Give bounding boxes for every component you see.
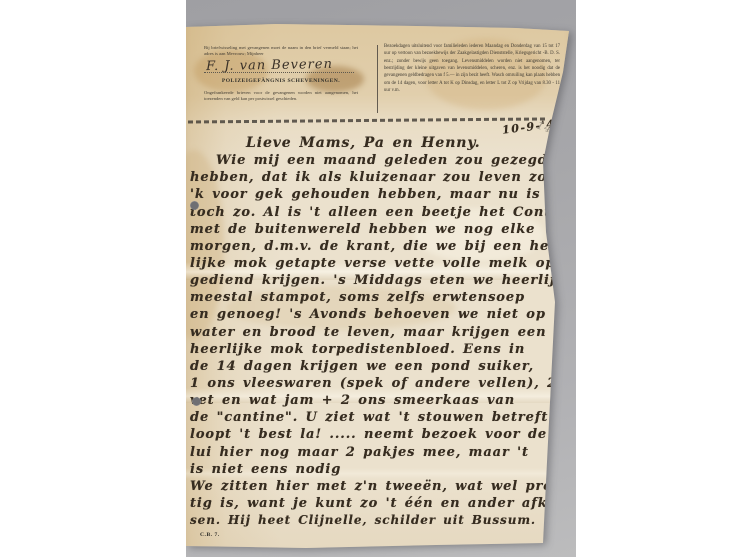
handwriting-line: toch zo. Al is 't alleen een beetje het … bbox=[188, 204, 562, 221]
punch-hole bbox=[190, 201, 199, 210]
handwriting-line: de 14 dagen krijgen we een pond suiker, bbox=[188, 358, 562, 375]
handwriting-line: morgen, d.m.v. de krant, die we bij een … bbox=[188, 238, 562, 255]
handwriting-line: loopt 't best la! ..... neemt bezoek voo… bbox=[188, 426, 562, 443]
letterhead-left-block: Bij briefwisseling met gevangenen moet d… bbox=[204, 45, 358, 102]
prison-name: POLIZEIGEFÄNGNIS SCHEVENINGEN. bbox=[204, 78, 358, 84]
handwriting-line: 1 ons vleeswaren (spek of andere vellen)… bbox=[188, 375, 562, 392]
handwriting-line: We zitten hier met z'n tweeën, wat wel p… bbox=[188, 478, 562, 495]
handwriting-line: Lieve Mams, Pa en Henny. bbox=[188, 135, 562, 152]
perforation-line bbox=[188, 117, 545, 123]
form-code: C.B. 7. bbox=[200, 532, 220, 538]
handwriting-line: en genoeg! 's Avonds behoeven we niet op bbox=[188, 306, 562, 323]
handwriting-line: heerlijke mok torpedistenbloed. Eens in bbox=[188, 341, 562, 358]
handwriting-line: hebben, dat ik als kluizenaar zou leven … bbox=[188, 169, 562, 186]
letterhead-instructions-left: Bij briefwisseling met gevangenen moet d… bbox=[204, 45, 358, 57]
paper-shadow-wrap: Bij briefwisseling met gevangenen moet d… bbox=[186, 0, 576, 557]
handwriting-line: de "cantine". U ziet wat 't stouwen betr… bbox=[188, 409, 562, 426]
letter-body: Lieve Mams, Pa en Henny. Wie mij een maa… bbox=[188, 135, 562, 529]
handwriting-line: sen. Hij heet Clijnelle, schilder uit Bu… bbox=[188, 512, 562, 529]
handwriting-line: tig is, want je kunt zo 't één en ander … bbox=[188, 495, 562, 512]
page-background: Bij briefwisseling met gevangenen moet d… bbox=[0, 0, 740, 557]
handwriting-line: met de buitenwereld hebben we nog elke bbox=[188, 221, 562, 238]
handwriting-line: water en brood te leven, maar krijgen ee… bbox=[188, 324, 562, 341]
handwriting-line: gediend krijgen. 's Middags eten we heer… bbox=[188, 272, 562, 289]
handwriting-line: Wie mij een maand geleden zou gezegd bbox=[188, 152, 562, 169]
letterhead-instructions-right: Bezoekdagen uitsluitend voor familielede… bbox=[384, 43, 560, 94]
prisoner-name-script: F. J. van Beveren bbox=[206, 57, 333, 74]
handwriting-line: lui hier nog maar 2 pakjes mee, maar 't bbox=[188, 444, 562, 461]
letter-paper: Bij briefwisseling met gevangenen moet d… bbox=[186, 0, 576, 557]
letterhead-divider bbox=[377, 45, 378, 113]
handwriting-line: meestal stampot, soms zelfs erwtensoep bbox=[188, 289, 562, 306]
handwriting-line: 'k voor gek gehouden hebben, maar nu is … bbox=[188, 186, 562, 203]
handwriting-line: is niet eens nodig bbox=[188, 461, 562, 478]
punch-hole bbox=[192, 397, 201, 406]
letter-photograph: Bij briefwisseling met gevangenen moet d… bbox=[186, 0, 576, 557]
handwriting-line: vet en wat jam + 2 ons smeerkaas van bbox=[188, 392, 562, 409]
addressee-name-row: F. J. van Beveren bbox=[204, 58, 358, 77]
letterhead-instructions-left-2: Ongefrankeerde brieven voor de gevangene… bbox=[204, 90, 358, 102]
handwriting-line: lijke mok getapte verse vette volle melk… bbox=[188, 255, 562, 272]
